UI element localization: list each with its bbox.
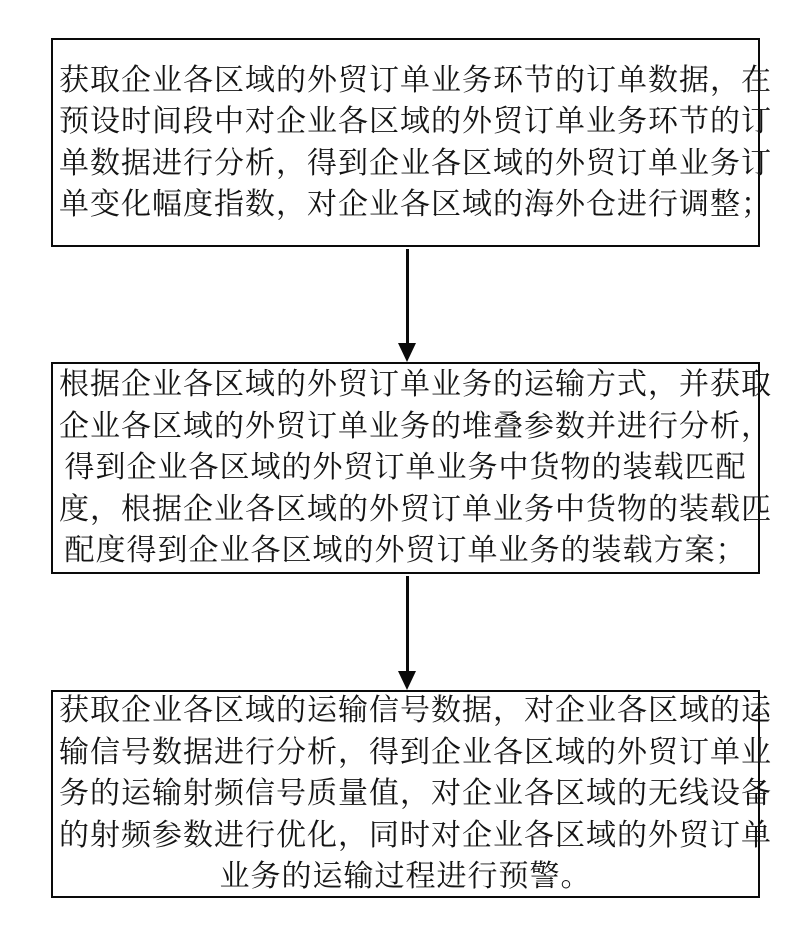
patent-flowchart: 获取企业各区域的外贸订单业务环节的订单数据，在 预设时间段中对企业各区域的外贸订… xyxy=(0,0,806,948)
step-3-line-1: 获取企业各区域的运输信号数据，对企业各区域的运 xyxy=(59,690,752,731)
arrow-shaft xyxy=(406,249,409,343)
arrow-head-icon xyxy=(398,343,416,362)
flow-step-2: 根据企业各区域的外贸订单业务的运输方式，并获取 企业各区域的外贸订单业务的堆叠参… xyxy=(51,362,760,574)
step-2-line-3: 得到企业各区域的外贸订单业务中货物的装载匹配 xyxy=(59,447,752,488)
step-2-line-2: 企业各区域的外贸订单业务的堆叠参数并进行分析， xyxy=(59,406,752,447)
step-1-line-1: 获取企业各区域的外贸订单业务环节的订单数据，在 xyxy=(59,60,752,101)
step-2-line-5: 配度得到企业各区域的外贸订单业务的装载方案； xyxy=(59,530,752,571)
step-1-line-3: 单数据进行分析，得到企业各区域的外贸订单业务订 xyxy=(59,143,752,184)
step-1-line-4: 单变化幅度指数，对企业各区域的海外仓进行调整； xyxy=(59,184,752,225)
step-3-line-3: 务的运输射频信号质量值，对企业各区域的无线设备 xyxy=(59,773,752,814)
step-2-line-1: 根据企业各区域的外贸订单业务的运输方式，并获取 xyxy=(59,364,752,405)
step-3-line-2: 输信号数据进行分析，得到企业各区域的外贸订单业 xyxy=(59,732,752,773)
down-arrow-2 xyxy=(398,576,416,690)
step-2-line-4: 度，根据企业各区域的外贸订单业务中货物的装载匹 xyxy=(59,489,752,530)
step-1-line-2: 预设时间段中对企业各区域的外贸订单业务环节的订 xyxy=(59,101,752,142)
down-arrow-1 xyxy=(398,249,416,362)
flow-step-1: 获取企业各区域的外贸订单业务环节的订单数据，在 预设时间段中对企业各区域的外贸订… xyxy=(51,38,760,247)
flow-step-3: 获取企业各区域的运输信号数据，对企业各区域的运 输信号数据进行分析，得到企业各区… xyxy=(51,690,760,898)
arrow-shaft xyxy=(406,576,409,671)
step-3-line-5: 业务的运输过程进行预警。 xyxy=(59,856,752,897)
step-3-line-4: 的射频参数进行优化，同时对企业各区域的外贸订单 xyxy=(59,815,752,856)
arrow-head-icon xyxy=(398,671,416,690)
